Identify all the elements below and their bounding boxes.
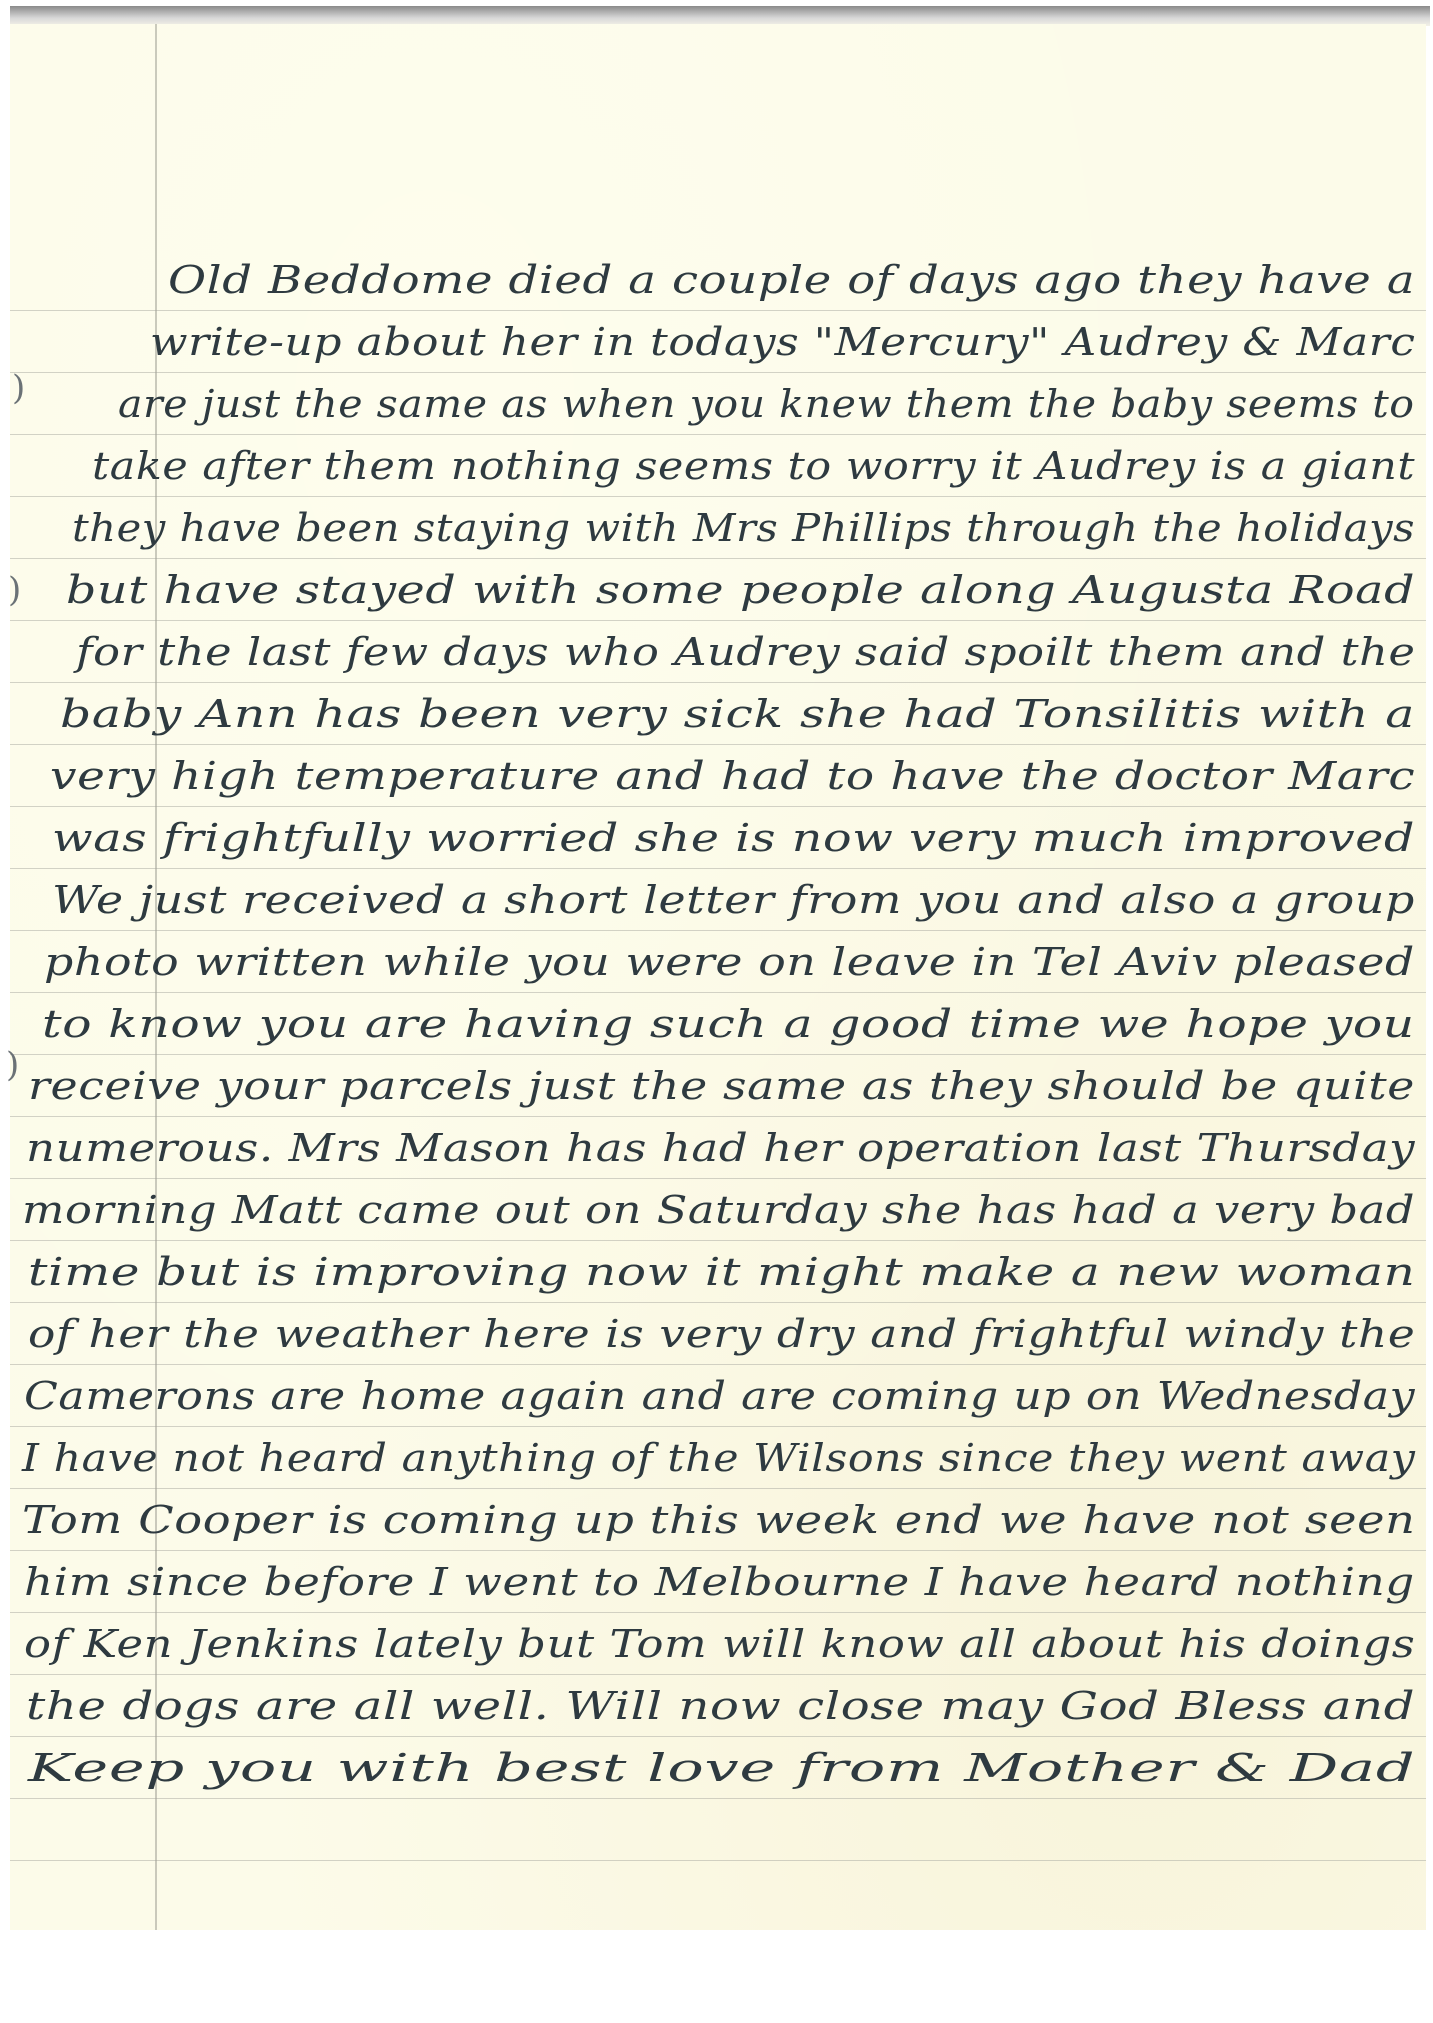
letter-line: take after them nothing seems to worry i… xyxy=(92,444,1415,488)
letter-line: time but is improving now it might make … xyxy=(28,1250,1416,1294)
letter-line: morning Matt came out on Saturday she ha… xyxy=(22,1188,1415,1232)
letter-line: Old Beddome died a couple of days ago th… xyxy=(168,258,1415,302)
letter-line: numerous. Mrs Mason has had her operatio… xyxy=(26,1126,1415,1170)
letter-line: they have been staying with Mrs Phillips… xyxy=(72,506,1415,550)
letter-line: are just the same as when you knew them … xyxy=(118,382,1415,426)
letter-line: receive your parcels just the same as th… xyxy=(28,1064,1415,1108)
letter-line: photo written while you were on leave in… xyxy=(44,940,1415,984)
letter-line: of Ken Jenkins lately but Tom will know … xyxy=(24,1622,1415,1666)
letter-line: baby Ann has been very sick she had Tons… xyxy=(60,692,1415,736)
letter-line: write-up about her in todays "Mercury" A… xyxy=(150,320,1416,364)
letter-line: very high temperature and had to have th… xyxy=(50,754,1415,798)
letter-line: Tom Cooper is coming up this week end we… xyxy=(22,1498,1416,1542)
letter-line: Camerons are home again and are coming u… xyxy=(24,1374,1415,1418)
letter-line: was frightfully worried she is now very … xyxy=(52,816,1415,860)
letter-body: Old Beddome died a couple of days ago th… xyxy=(0,0,1433,2023)
letter-line: the dogs are all well. Will now close ma… xyxy=(26,1684,1415,1728)
letter-line: We just received a short letter from you… xyxy=(52,878,1415,922)
letter-line: I have not heard anything of the Wilsons… xyxy=(22,1436,1415,1480)
letter-line: Keep you with best love from Mother & Da… xyxy=(28,1746,1415,1790)
letter-line: of her the weather here is very dry and … xyxy=(28,1312,1415,1356)
letter-line: him since before I went to Melbourne I h… xyxy=(24,1560,1415,1604)
letter-line: to know you are having such a good time … xyxy=(42,1002,1415,1046)
letter-line: but have stayed with some people along A… xyxy=(66,568,1415,612)
letter-line: for the last few days who Audrey said sp… xyxy=(76,630,1416,674)
